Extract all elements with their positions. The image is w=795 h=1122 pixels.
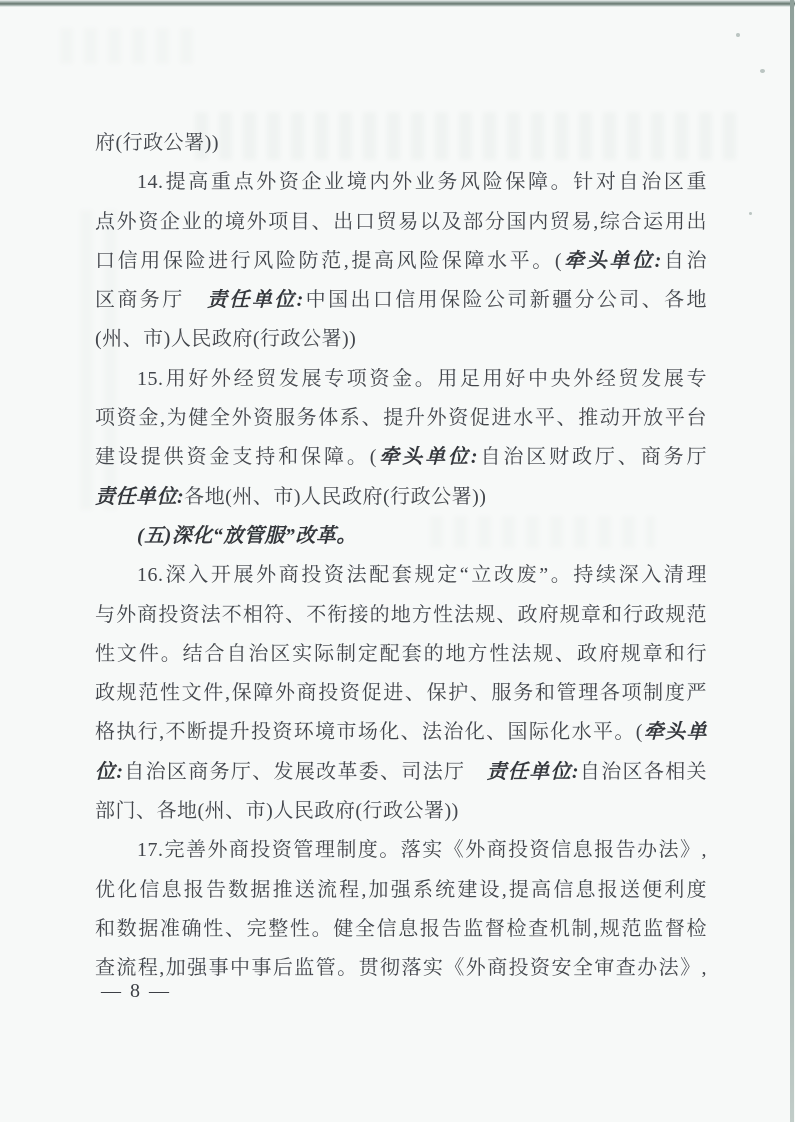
scan-speck (760, 69, 765, 73)
text-line: 部门、各地(州、市)人民政府(行政公署)) (95, 792, 707, 831)
scanned-document-page: 府(行政公署)) 14.提高重点外资企业境内外业务风险保障。针对自治区重 点外资… (0, 0, 795, 1122)
text-segment: 口信用保险进行风险防范,提高风险保障水平。( (95, 250, 562, 272)
text-line: 17.完善外商投资管理制度。落实《外商投资信息报告办法》, (95, 831, 707, 870)
page-number: — 8 — (101, 976, 171, 1006)
text-segment: 自治区商务厅、发展改革委、司法厅 (123, 761, 486, 783)
responsible-unit-label: 责任单位: (487, 761, 579, 783)
text-line: 格执行,不断提升投资环境市场化、法治化、国际化水平。(牵头单 (95, 713, 707, 752)
text-segment: 自治区各相关 (579, 761, 707, 783)
text-segment: 建设提供资金支持和保障。( (95, 446, 377, 468)
text-line: 区商务厅 责任单位:中国出口信用保险公司新疆分公司、各地 (95, 281, 707, 320)
text-line: 责任单位:各地(州、市)人民政府(行政公署)) (95, 478, 707, 517)
text-segment: 各地(州、市)人民政府(行政公署)) (184, 486, 486, 508)
text-line: 与外商投资法不相符、不衔接的地方性法规、政府规章和行政规范 (95, 596, 707, 635)
text-segment: 区商务厅 (95, 289, 207, 311)
text-line: 府(行政公署)) (95, 124, 707, 163)
lead-unit-label: 牵头单 (643, 721, 707, 743)
text-segment: 自治 (662, 250, 707, 272)
text-line: 性文件。结合自治区实际制定配套的地方性法规、政府规章和行 (95, 635, 707, 674)
responsible-unit-label: 责任单位: (207, 289, 304, 311)
bleed-through-artifact (60, 28, 200, 64)
text-line: 14.提高重点外资企业境内外业务风险保障。针对自治区重 (95, 163, 707, 202)
section-heading: (五)深化“放管服”改革。 (95, 517, 707, 556)
text-line: 优化信息报告数据推送流程,加强系统建设,提高信息报送便利度 (95, 871, 707, 910)
scan-top-edge (0, 0, 795, 7)
text-line: (州、市)人民政府(行政公署)) (95, 320, 707, 359)
document-text-block: 府(行政公署)) 14.提高重点外资企业境内外业务风险保障。针对自治区重 点外资… (95, 124, 707, 989)
scan-speck (749, 212, 752, 215)
text-line: 口信用保险进行风险防范,提高风险保障水平。(牵头单位:自治 (95, 242, 707, 281)
text-line: 位:自治区商务厅、发展改革委、司法厅 责任单位:自治区各相关 (95, 753, 707, 792)
text-line: 建设提供资金支持和保障。(牵头单位:自治区财政厅、商务厅 (95, 438, 707, 477)
scan-speck (736, 33, 740, 37)
responsible-unit-label: 责任单位: (95, 486, 184, 508)
text-line: 点外资企业的境外项目、出口贸易以及部分国内贸易,综合运用出 (95, 203, 707, 242)
text-segment: 格执行,不断提升投资环境市场化、法治化、国际化水平。( (95, 721, 643, 743)
text-line: 查流程,加强事中事后监管。贯彻落实《外商投资安全审查办法》, (95, 949, 707, 988)
lead-unit-label: 牵头单位: (562, 250, 662, 272)
text-segment: 自治区财政厅、商务厅 (478, 446, 707, 468)
lead-unit-label: 牵头单位: (377, 446, 478, 468)
text-line: 政规范性文件,保障外商投资促进、保护、服务和管理各项制度严 (95, 674, 707, 713)
text-line: 16.深入开展外商投资法配套规定“立改废”。持续深入清理 (95, 556, 707, 595)
text-line: 项资金,为健全外资服务体系、提升外资促进水平、推动开放平台 (95, 399, 707, 438)
scan-right-edge (790, 0, 794, 1122)
text-segment: 中国出口信用保险公司新疆分公司、各地 (304, 289, 707, 311)
text-line: 和数据准确性、完整性。健全信息报告监督检查机制,规范监督检 (95, 910, 707, 949)
lead-unit-label: 位: (95, 761, 123, 783)
text-line: 15.用好外经贸发展专项资金。用足用好中央外经贸发展专 (95, 360, 707, 399)
